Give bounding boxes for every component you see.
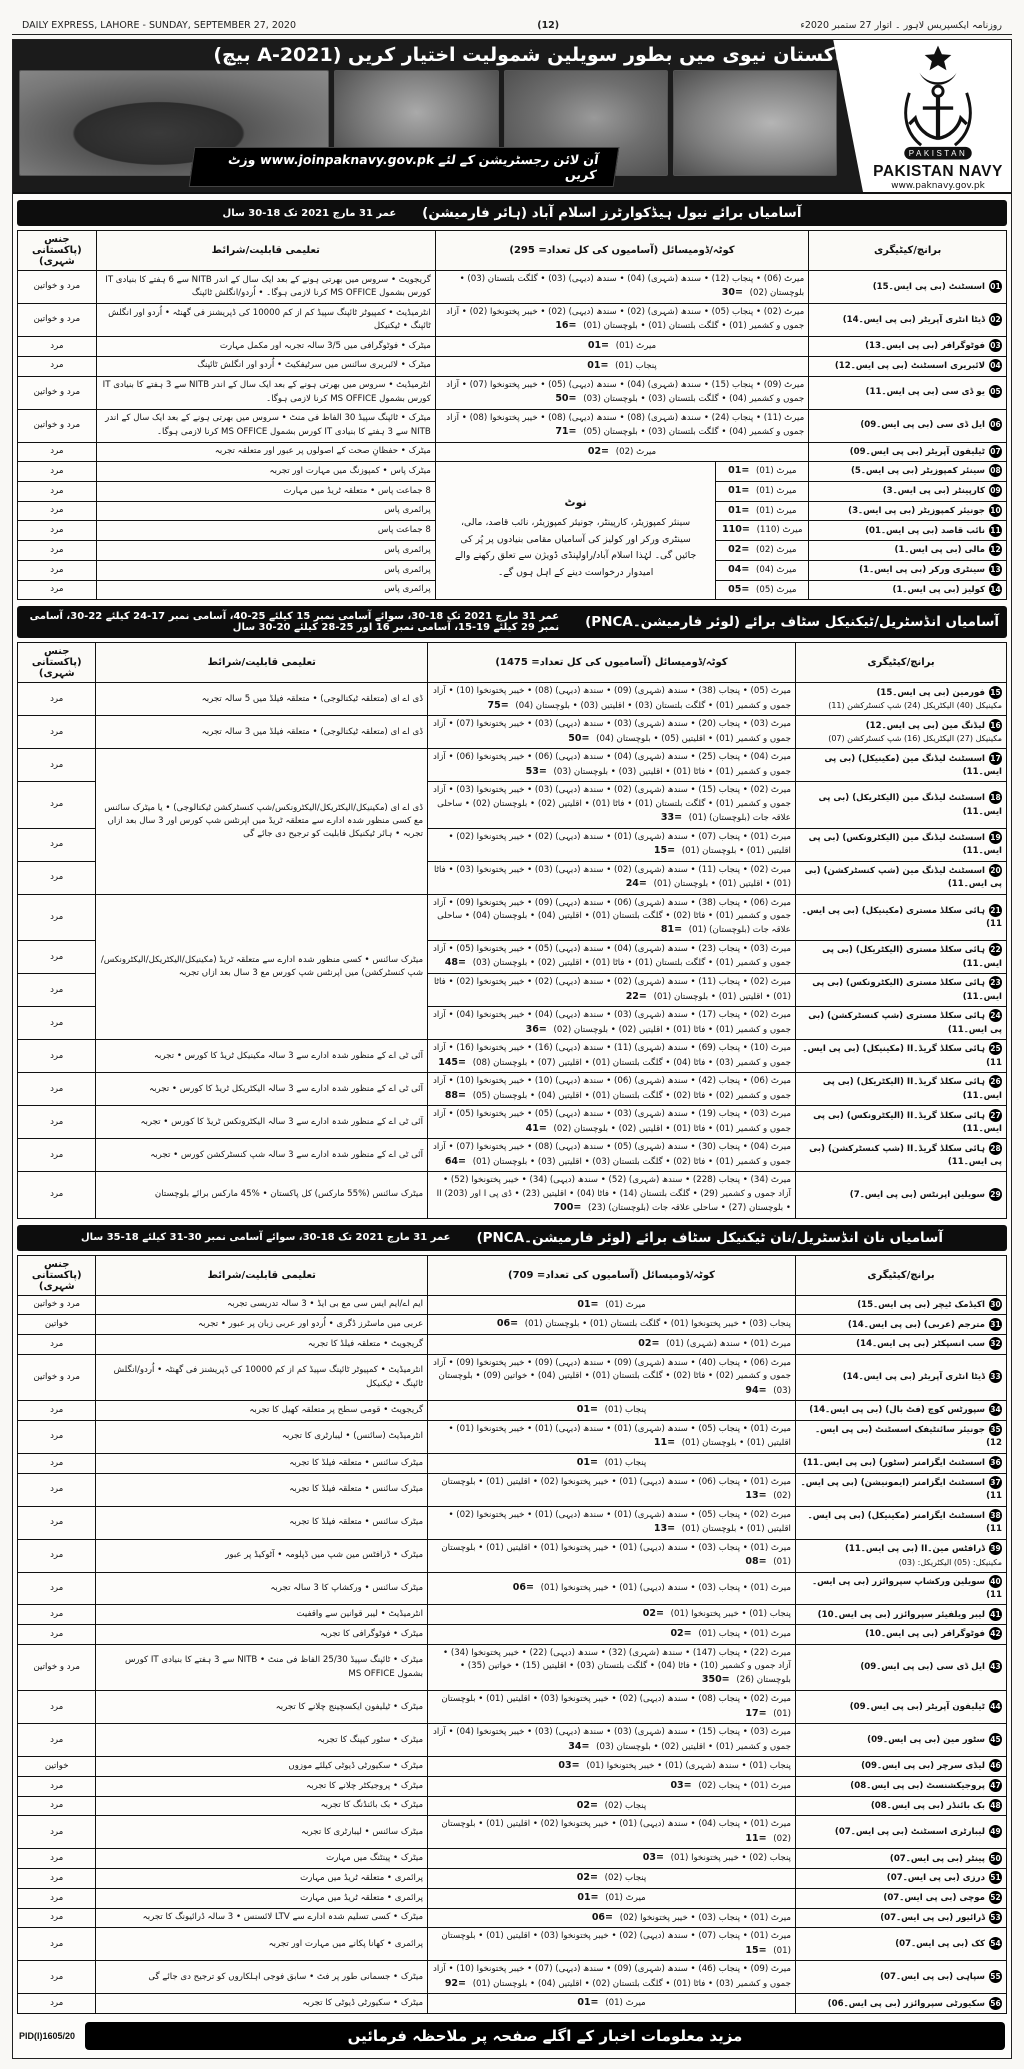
quota-total: 33= [661,812,682,823]
qualification-cell: میٹرک پاس • کمپوزنگ میں مہارت اور تجربہ [96,462,435,482]
quota-total: 04= [728,564,749,575]
qualification-cell: پرائمری پاس [96,560,435,580]
quota-breakdown: میرٹ (09) • پنجاب (46) • سندھ (شہری) (09… [433,1964,791,1988]
quota-total: 01= [587,360,608,371]
branch-name: کارپینٹر (بی پی ایس۔3) [883,486,985,496]
quota-total: 17= [745,1708,766,1719]
quota-cell: میرٹ (01) • پنجاب (07) • سندھ (دیہی) (02… [428,1928,796,1961]
quota-total: 02= [643,1608,664,1619]
quota-cell: میرٹ (22) • پنجاب (147) • سندھ (شہری) (3… [428,1644,796,1690]
quota-breakdown: میرٹ (01) • پنجاب (04) • سندھ (دیہی) (01… [441,1819,791,1843]
serial-number-badge: 52 [989,1891,1002,1904]
column-header-gender: جنس (پاکستانی شہری) [18,231,97,271]
quota-breakdown: میرٹ (110) [754,525,803,535]
serial-number-badge: 43 [989,1660,1002,1673]
gender-cell: مرد [18,462,97,482]
branch-name: ایل ڈی سی (بی پی ایس۔09) [860,420,985,430]
quota-breakdown: میرٹ (03) • پنجاب (20) • سندھ (شہری) (03… [433,719,791,743]
serial-number-badge: 19 [989,831,1002,844]
serial-number-badge: 38 [989,1509,1002,1522]
serial-number-badge: 07 [989,445,1002,458]
column-header-qualification: تعلیمی قابلیت/شرائط [96,1255,428,1295]
branch-name: اسسٹنٹ لیڈنگ مین (الیکٹریکل) (بی پی ایس۔… [818,793,1002,816]
branch-cell: 56سکیورٹی سپروائزر (بی پی ایس۔06) [795,1994,1006,2014]
branch-name: سویلین اپرنٹس (بی پی ایس۔7) [850,1190,985,1200]
qualification-cell: گریجویٹ • متعلقہ فیلڈ کا تجربہ [96,1335,428,1355]
branch-name: لیڈنگ مین (بی پی ایس۔12) [866,721,985,731]
gender-cell: مرد [18,1994,96,2014]
gender-cell: مرد [18,1073,96,1106]
table-row: 42فوٹوگرافر (بی پی ایس۔10)میرٹ (01) • پن… [18,1625,1007,1645]
branch-cell: 43ایل ڈی سی (بی پی ایس۔09) [795,1644,1006,1690]
quota-cell: میرٹ (01) • پنجاب (03) • خیبر پختونخوا (… [428,1908,796,1928]
branch-cell: 32سب انسپکٹر (بی پی ایس۔14) [795,1335,1006,1355]
qualification-cell: میٹرک • ڈرافٹس مین شپ میں ڈپلومہ • آٹوکی… [96,1539,428,1572]
serial-number-badge: 01 [989,280,1002,293]
branch-cell: 47پروجیکشنسٹ (بی پی ایس۔08) [795,1776,1006,1796]
gender-cell: مرد [18,1453,96,1473]
branch-subline: مکینیکل: (05) الیکٹریکل: (03) [800,1557,1002,1569]
gender-cell: مرد [18,521,97,541]
serial-number-badge: 23 [989,976,1002,989]
serial-number-badge: 05 [989,385,1002,398]
table-row: 49لیبارٹری اسسٹنٹ (بی پی ایس۔07)میرٹ (01… [18,1816,1007,1849]
branch-cell: 35جونیئر سائنٹیفک اسسٹنٹ (بی پی ایس۔12) [795,1420,1006,1453]
gender-cell: مرد [18,861,96,894]
serial-number-badge: 09 [989,484,1002,497]
branch-name: ڈیٹا انٹری آپریٹر (بی پی ایس۔14) [843,315,985,325]
quota-breakdown: میرٹ (01) • پنجاب (05) • سندھ (شہری) (01… [449,1424,791,1448]
table-row: 31مترجم (عربی) (بی پی ایس۔14)پنجاب (03) … [18,1315,1007,1335]
section-bar: آسامیاں انڈسٹریل/ٹیکنیکل سٹاف برائے (لوئ… [17,606,1007,638]
gender-cell: مرد [18,1572,96,1605]
branch-name: اسسٹنٹ لیڈنگ مین (مکینیکل) (بی پی ایس۔11… [824,754,1002,777]
quota-breakdown: میرٹ (01) [613,341,656,351]
quota-breakdown: میرٹ (01) [603,1300,646,1310]
qualification-cell: ڈی اے ای (متعلقہ ٹیکنالوجی) • متعلقہ فیل… [96,716,428,749]
table-row: 40سویلین ورکشاپ سپروائزر (بی پی ایس۔11)م… [18,1572,1007,1605]
gender-cell: مرد و خواتین [18,1295,96,1315]
gender-cell: مرد [18,1928,96,1961]
qualification-cell: آئی ٹی اے کے منظور شدہ ادارے سے 3 سالہ ا… [96,1106,428,1139]
quota-breakdown: میرٹ (02) • پنجاب (05) • سندھ (شہری) (01… [449,1510,791,1534]
qualification-cell: میٹرک • ٹائپنگ سپیڈ 25/30 الفاظ فی منٹ •… [96,1644,428,1690]
branch-name: مالی (بی پی ایس۔1) [895,545,986,555]
branch-cell: 34سپورٹس کوچ (فٹ بال) (بی پی ایس۔14) [795,1401,1006,1421]
serial-number-badge: 33 [989,1370,1002,1383]
table-row: 04لائبریری اسسٹنٹ (بی پی ایس۔12)پنجاب (0… [18,356,1007,376]
gender-cell: مرد [18,941,96,974]
column-header-quota: کوٹہ/ڈومیسائل (آسامیوں کی کل تعداد= 295) [435,231,808,271]
branch-name: سکیورٹی سپروائزر (بی پی ایس۔06) [828,1999,985,2009]
branch-name: جونیئر سائنٹیفک اسسٹنٹ (بی پی ایس۔12) [815,1425,1002,1448]
quota-cell: میرٹ (01) • پنجاب (03) • سندھ (دیہی) (01… [428,1572,796,1605]
registration-text-pre: آن لائن رجسٹریشن کے لئے [438,152,600,167]
gender-cell: مرد [18,1961,96,1994]
quota-breakdown: میرٹ (02) • پنجاب (11) • سندھ (شہری) (02… [434,865,791,889]
table-row: 43ایل ڈی سی (بی پی ایس۔09)میرٹ (22) • پن… [18,1644,1007,1690]
crest-ribbon-text: PAKISTAN [909,149,968,158]
serial-number-badge: 16 [989,719,1002,732]
branch-name: درزی (بی پی ایس۔07) [887,1873,985,1883]
note-cell: نوٹسینئر کمپوزیٹر، کارپینٹر، جونیئر کمپو… [435,462,716,600]
quota-breakdown: پنجاب (01) • سندھ (شہری) (01) • خیبر پخت… [584,1761,791,1771]
quota-total: 30= [722,287,743,298]
serial-number-badge: 02 [989,313,1002,326]
qualification-cell: میٹرک • بک بائنڈنگ کا تجربہ [96,1796,428,1816]
quota-breakdown: میرٹ (01) [753,466,796,476]
branch-name: ہائی سکلڈ گریڈ۔II (الیکٹرونکس) (بی پی ای… [813,1111,1002,1134]
table-row: 02ڈیٹا انٹری آپریٹر (بی پی ایس۔14)میرٹ (… [18,304,1007,337]
gender-cell: مرد [18,442,97,462]
quota-total: 88= [445,1090,466,1101]
column-header-quota: کوٹہ/ڈومیسائل (آسامیوں کی کل تعداد= 1475… [428,643,796,683]
quota-total: 01= [577,1299,598,1310]
gender-cell: خواتین [18,1757,96,1777]
quota-total: 06= [592,1912,613,1923]
branch-cell: 22ہائی سکلڈ مستری (الیکٹریکل) (بی پی ایس… [795,941,1006,974]
table-row: 33ڈیٹا انٹری آپریٹر (بی پی ایس۔14)میرٹ (… [18,1354,1007,1400]
quota-total: 08= [745,1556,766,1567]
quota-cell: میرٹ (04) • پنجاب (25) • سندھ (شہری) (04… [428,749,796,782]
qualification-cell: ڈی اے ای (مکینیکل/الیکٹریکل/الیکٹرونکس/ش… [96,749,428,894]
branch-cell: 02ڈیٹا انٹری آپریٹر (بی پی ایس۔14) [809,304,1007,337]
table-row: 08سینئر کمپوزیٹر (بی پی ایس۔5)میرٹ (01) … [18,462,1007,482]
quota-breakdown: پنجاب (01) [602,1458,646,1468]
quota-total: 05= [728,584,749,595]
quota-breakdown: میرٹ (03) • پنجاب (19) • سندھ (شہری) (03… [433,1109,791,1133]
branch-cell: 40سویلین ورکشاپ سپروائزر (بی پی ایس۔11) [795,1572,1006,1605]
branch-cell: 13سینٹری ورکر (بی پی ایس۔1) [809,560,1007,580]
table-row: 25ہائی سکلڈ گریڈ۔II (مکینیکل) (بی پی ایس… [18,1040,1007,1073]
gender-cell: مرد [18,541,97,561]
table-row: 51درزی (بی پی ایس۔07)پنجاب (02) 02=پرائم… [18,1869,1007,1889]
quota-breakdown: پنجاب (02) • خیبر پختونخوا (01) [668,1853,791,1863]
qualification-cell: 8 جماعت پاس • متعلقہ ٹریڈ میں مہارت [96,482,435,502]
quota-cell: میرٹ (10) • پنجاب (69) • سندھ (شہری) (11… [428,1040,796,1073]
gender-cell: مرد [18,894,96,940]
banner-black-area: پاکستان نیوی میں بطور سویلین شمولیت اختی… [13,40,863,192]
serial-number-badge: 56 [989,1997,1002,2010]
gender-cell: مرد [18,683,96,716]
section-age-limit: عمر 31 مارچ 2021 تک 18-30 سال [223,208,397,219]
branch-name: اسسٹنٹ ایگزامنر (مکینیکل) (بی پی ایس۔11) [808,1511,1002,1534]
quota-cell: میرٹ (04) • پنجاب (30) • سندھ (شہری) (05… [428,1139,796,1172]
branch-name: کولیز (بی پی ایس۔1) [893,585,986,595]
gender-cell: مرد [18,782,96,828]
quota-breakdown: پنجاب (01) [612,361,656,371]
ad-footer: PID(I)1605/20 مزید معلومات اخبار کے اگلے… [19,2022,1005,2050]
table-row: 21ہائی سکلڈ مستری (مکینیکل) (بی پی ایس۔1… [18,894,1007,940]
quota-total: 81= [661,924,682,935]
section-bar: آسامیاں برائے نیول ہیڈکوارٹرز اسلام آباد… [17,200,1007,226]
branch-cell: 21ہائی سکلڈ مستری (مکینیکل) (بی پی ایس۔1… [795,894,1006,940]
branch-name: سینئر کمپوزیٹر (بی پی ایس۔5) [851,466,985,476]
quota-cell: میرٹ (01) 01= [435,337,808,357]
quota-breakdown: میرٹ (22) • پنجاب (147) • سندھ (شہری) (3… [443,1648,791,1686]
branch-cell: 28ہائی سکلڈ گریڈ۔II (شپ کنسٹرکشن) (بی پی… [795,1139,1006,1172]
serial-number-badge: 26 [989,1075,1002,1088]
quota-cell: پنجاب (02) 02= [428,1796,796,1816]
branch-name: ہائی سکلڈ گریڈ۔II (مکینیکل) (بی پی ایس۔1… [802,1044,1002,1067]
qualification-cell: انٹرمیڈیٹ (سائنس) • لیبارٹری کا تجربہ [96,1420,428,1453]
branch-cell: 38اسسٹنٹ ایگزامنر (مکینیکل) (بی پی ایس۔1… [795,1506,1006,1539]
gender-cell: مرد [18,1724,96,1757]
quota-cell: میرٹ (01) • پنجاب (01) 02= [428,1625,796,1645]
quota-cell: پنجاب (01) • سندھ (شہری) (01) • خیبر پخت… [428,1757,796,1777]
branch-name: لیبر ویلفیئر سپروائزر (بی پی ایس۔10) [818,1610,985,1620]
branch-name: ڈیٹا انٹری آپریٹر (بی پی ایس۔14) [843,1372,985,1382]
serial-number-badge: 11 [989,524,1002,537]
serial-number-badge: 13 [989,563,1002,576]
quota-cell: میرٹ (09) • پنجاب (46) • سندھ (شہری) (09… [428,1961,796,1994]
gender-cell: مرد [18,1335,96,1355]
quota-cell: میرٹ (01) • پنجاب (07) • سندھ (شہری) (01… [428,828,796,861]
qualification-cell: میٹرک سائنس • لیبارٹری کا تجربہ [96,1816,428,1849]
quota-total: 48= [445,957,466,968]
quota-breakdown: میرٹ (10) • پنجاب (69) • سندھ (شہری) (11… [433,1043,791,1067]
quota-total: 50= [568,733,589,744]
gender-cell: مرد [18,1605,96,1625]
quota-total: 15= [654,845,675,856]
gender-cell: مرد و خواتین [18,1354,96,1400]
serial-number-badge: 17 [989,752,1002,765]
qualification-cell: آئی ٹی اے کے منظور شدہ ادارے سے 3 سالہ م… [96,1040,428,1073]
job-sections: آسامیاں برائے نیول ہیڈکوارٹرز اسلام آباد… [13,200,1011,2014]
branch-cell: 27ہائی سکلڈ گریڈ۔II (الیکٹرونکس) (بی پی … [795,1106,1006,1139]
quota-cell: میرٹ (34) • پنجاب (228) • سندھ (شہری) (5… [428,1172,796,1218]
quota-breakdown: میرٹ (01) • پنجاب (03) • سندھ (دیہی) (01… [538,1583,791,1593]
branch-cell: 24ہائی سکلڈ مستری (شپ کنسٹرکشن) (بی پی ا… [795,1007,1006,1040]
jobs-table: برانچ/کیٹیگریکوٹہ/ڈومیسائل (آسامیوں کی ک… [17,230,1007,600]
branch-name: لائبریری اسسٹنٹ (بی پی ایس۔12) [835,361,985,371]
serial-number-badge: 20 [989,864,1002,877]
pakistan-navy-crest-icon: PAKISTAN [886,44,990,162]
qualification-cell: میٹرک • جسمانی طور پر فٹ • سابق فوجی اہل… [96,1961,428,1994]
branch-cell: 52موچی (بی پی ایس۔07) [795,1888,1006,1908]
branch-cell: 54کک (بی پی ایس۔07) [795,1928,1006,1961]
section-bar: آسامیاں نان انڈسٹریل/نان ٹیکنیکل سٹاف بر… [17,1225,1007,1251]
note-title: نوٹ [440,494,712,511]
gender-cell: مرد [18,580,97,600]
section-age-limit: عمر 31 مارچ 2021 تک 18-30، سوائے آسامی ن… [81,1232,450,1243]
gender-cell: مرد و خواتین [18,304,97,337]
note-body: سینئر کمپوزیٹر، کارپینٹر، جونیئر کمپوزیٹ… [440,515,712,582]
table-row: 01اسسٹنٹ (بی پی ایس۔15)میرٹ (06) • پنجاب… [18,271,1007,304]
branch-name: اسسٹنٹ ایگزامنر (سٹور) (بی پی ایس۔11) [803,1458,985,1468]
gender-cell: مرد [18,1796,96,1816]
table-row: 32سب انسپکٹر (بی پی ایس۔14)میرٹ (01) • س… [18,1335,1007,1355]
quota-cell: میرٹ (06) • پنجاب (38) • سندھ (شہری) (06… [428,894,796,940]
quota-breakdown: میرٹ (01) [603,1998,646,2008]
jobs-table-header-row: برانچ/کیٹیگریکوٹہ/ڈومیسائل (آسامیوں کی ک… [18,643,1007,683]
branch-name: ٹیلیفون آپریٹر (بی پی ایس۔09) [850,447,985,457]
quota-breakdown: پنجاب (02) [602,1801,646,1811]
quota-total: 64= [445,1156,466,1167]
qualification-cell: میٹرک • ٹیلیفون ایکسچینج چلانے کا تجربہ [96,1691,428,1724]
quota-total: 01= [577,1404,598,1415]
quota-breakdown: میرٹ (06) • پنجاب (40) • سندھ (شہری) (09… [433,1358,791,1396]
photo-workshop-3 [673,70,837,176]
quota-total: 02= [577,1872,598,1883]
quota-total: 700= [553,1202,581,1213]
quota-total: 71= [555,426,576,437]
quota-breakdown: میرٹ (06) • پنجاب (12) • سندھ (شہری) (04… [460,274,805,298]
gender-cell: مرد [18,1506,96,1539]
quota-total: 41= [526,1123,547,1134]
branch-name: ہائی سکلڈ مستری (شپ کنسٹرکشن) (بی پی ایس… [808,1011,1002,1034]
branch-name: ہائی سکلڈ گریڈ۔II (شپ کنسٹرکشن) (بی پی ا… [809,1144,1002,1167]
branch-name: لیڈی سرچر (بی پی ایس۔09) [861,1761,985,1771]
gender-cell: مرد [18,828,96,861]
masthead-urdu-date: روزنامہ ایکسپریس لاہور ۔ اتوار 27 ستمبر … [800,20,1002,31]
quota-breakdown: میرٹ (11) • پنجاب (24) • سندھ (شہری) (08… [446,413,804,437]
table-row: 34سپورٹس کوچ (فٹ بال) (بی پی ایس۔14)پنجا… [18,1401,1007,1421]
quota-breakdown: میرٹ (05) [753,585,796,595]
table-row: 37اسسٹنٹ ایگزامنر (ایمونیشن) (بی پی ایس۔… [18,1473,1007,1506]
branch-cell: 12مالی (بی پی ایس۔1) [809,541,1007,561]
branch-name: نائب قاصد (بی پی ایس۔01) [865,526,985,536]
section-title: آسامیاں انڈسٹریل/ٹیکنیکل سٹاف برائے (لوئ… [585,614,999,630]
gender-cell: مرد [18,1007,96,1040]
serial-number-badge: 47 [989,1779,1002,1792]
column-header-quota: کوٹہ/ڈومیسائل (آسامیوں کی تعداد= 709) [428,1255,796,1295]
jobs-table-header-row: برانچ/کیٹیگریکوٹہ/ڈومیسائل (آسامیوں کی ت… [18,1255,1007,1295]
branch-name: سویلین ورکشاپ سپروائزر (بی پی ایس۔11) [812,1577,1002,1600]
quota-total: 15= [745,1945,766,1956]
serial-number-badge: 28 [989,1142,1002,1155]
table-row: 47پروجیکشنسٹ (بی پی ایس۔08)میرٹ (01) • پ… [18,1776,1007,1796]
ad-banner: پاکستان نیوی میں بطور سویلین شمولیت اختی… [13,40,1011,194]
table-row: 38اسسٹنٹ ایگزامنر (مکینیکل) (بی پی ایس۔1… [18,1506,1007,1539]
branch-cell: 48بک بائنڈر (بی پی ایس۔08) [795,1796,1006,1816]
branch-name: پروجیکشنسٹ (بی پی ایس۔08) [850,1781,985,1791]
branch-name: ہائی سکلڈ مستری (الیکٹریکل) (بی پی ایس۔1… [822,945,1002,968]
quota-total: 01= [728,465,749,476]
table-row: 15فورمین (بی پی ایس۔15)مکینیکل (40) الیک… [18,683,1007,716]
serial-number-badge: 12 [989,543,1002,556]
gender-cell: خواتین [18,1315,96,1335]
gender-cell: مرد [18,1420,96,1453]
gender-cell: مرد [18,560,97,580]
quota-breakdown: میرٹ (01) • پنجاب (03) • خیبر پختونخوا (… [617,1913,791,1923]
serial-number-badge: 55 [989,1970,1002,1983]
quota-cell: میرٹ (02) 02= [435,442,808,462]
branch-subline: مکینیکل (27) الیکٹریکل (16) شپ کنسٹرکشن … [800,733,1002,745]
quota-total: 75= [487,700,508,711]
quota-total: 36= [526,1024,547,1035]
serial-number-badge: 04 [989,359,1002,372]
quota-cell: میرٹ (01) • پنجاب (04) • سندھ (دیہی) (01… [428,1816,796,1849]
serial-number-badge: 34 [989,1403,1002,1416]
quota-breakdown: میرٹ (01) • پنجاب (02) [696,1781,791,1791]
quota-breakdown: پنجاب (02) [602,1873,646,1883]
quota-total: 03= [558,1760,579,1771]
quota-total: 01= [577,1457,598,1468]
qualification-cell: آئی ٹی اے کے منظور شدہ ادارے سے 3 سالہ ا… [96,1073,428,1106]
branch-cell: 41لیبر ویلفیئر سپروائزر (بی پی ایس۔10) [795,1605,1006,1625]
branch-cell: 51درزی (بی پی ایس۔07) [795,1869,1006,1889]
branch-name: اکیڈمک ٹیچر (بی پی ایس۔15) [857,1300,985,1310]
quota-cell: میرٹ (01) • پنجاب (02) 03= [428,1776,796,1796]
table-row: 44ٹیلیفون آپریٹر (بی پی ایس۔09)میرٹ (02)… [18,1691,1007,1724]
gender-cell: مرد [18,1473,96,1506]
quota-breakdown: میرٹ (06) • پنجاب (38) • سندھ (شہری) (06… [433,898,791,936]
table-row: 48بک بائنڈر (بی پی ایس۔08)پنجاب (02) 02=… [18,1796,1007,1816]
branch-cell: 19اسسٹنٹ لیڈنگ مین (الیکٹرونکس) (بی پی ا… [795,828,1006,861]
quota-cell: میرٹ (01) 01= [428,1888,796,1908]
online-registration-strip: آن لائن رجسٹریشن کے لئے www.joinpaknavy.… [189,147,620,187]
quota-total: 16= [555,320,576,331]
qualification-cell: میٹرک • سکیورٹی ڈیوٹی کیلئے موزوں [96,1757,428,1777]
quota-breakdown: میرٹ (02) • پنجاب (11) • سندھ (شہری) (02… [434,977,791,1001]
table-row: 28ہائی سکلڈ گریڈ۔II (شپ کنسٹرکشن) (بی پی… [18,1139,1007,1172]
branch-name: سپاہی (بی پی ایس۔07) [880,1972,985,1982]
branch-name: اسسٹنٹ ایگزامنر (ایمونیشن) (بی پی ایس۔11… [801,1478,1002,1501]
quota-total: 02= [728,544,749,555]
qualification-cell: میٹرک • حفظانِ صحت کے اصولوں پر عبور اور… [96,442,435,462]
branch-name: ایل ڈی سی (بی پی ایس۔09) [860,1662,985,1672]
serial-number-badge: 50 [989,1852,1002,1865]
ad-title: پاکستان نیوی میں بطور سویلین شمولیت اختی… [13,40,863,68]
gender-cell: مرد [18,337,97,357]
branch-cell: 46لیڈی سرچر (بی پی ایس۔09) [795,1757,1006,1777]
branch-cell: 11نائب قاصد (بی پی ایس۔01) [809,521,1007,541]
branch-name: سینٹری ورکر (بی پی ایس۔1) [859,565,985,575]
table-row: 36اسسٹنٹ ایگزامنر (سٹور) (بی پی ایس۔11)پ… [18,1453,1007,1473]
column-header-gender: جنس (پاکستانی شہری) [18,643,96,683]
registration-url: www.joinpaknavy.gov.pk [259,152,435,167]
navy-crest-panel: PAKISTAN PAKISTAN NAVY www.paknavy.gov.p… [865,40,1011,192]
quota-total: 24= [626,878,647,889]
quota-total: 01= [728,485,749,496]
table-row: 35جونیئر سائنٹیفک اسسٹنٹ (بی پی ایس۔12)م… [18,1420,1007,1453]
serial-number-badge: 25 [989,1042,1002,1055]
gender-cell: مرد [18,1401,96,1421]
quota-total: 01= [588,340,609,351]
branch-cell: 25ہائی سکلڈ گریڈ۔II (مکینیکل) (بی پی ایس… [795,1040,1006,1073]
gender-cell: مرد و خواتین [18,271,97,304]
qualification-cell: میٹرک سائنس • متعلقہ فیلڈ کا تجربہ [96,1473,428,1506]
quota-cell: میرٹ (06) • پنجاب (12) • سندھ (شہری) (04… [435,271,808,304]
quota-cell: میرٹ (01) 01= [428,1295,796,1315]
quota-cell: میرٹ (05) 05= [716,580,809,600]
branch-cell: 01اسسٹنٹ (بی پی ایس۔15) [809,271,1007,304]
quota-cell: میرٹ (02) • پنجاب (17) • سندھ (شہری) (03… [428,1007,796,1040]
branch-name: ٹیلیفون آپریٹر (بی پی ایس۔09) [850,1702,985,1712]
quota-total: 01= [577,1892,598,1903]
quota-breakdown: میرٹ (02) • پنجاب (05) • سندھ (شہری) (02… [446,307,804,331]
qualification-cell: پرائمری پاس [96,501,435,521]
navy-recruitment-ad: پاکستان نیوی میں بطور سویلین شمولیت اختی… [12,39,1012,2059]
branch-cell: 55سپاہی (بی پی ایس۔07) [795,1961,1006,1994]
quota-total: 13= [745,1490,766,1501]
quota-cell: میرٹ (02) • پنجاب (11) • سندھ (شہری) (02… [428,861,796,894]
quota-breakdown: میرٹ (06) • پنجاب (42) • سندھ (شہری) (06… [433,1076,791,1100]
quota-cell: پنجاب (01) 01= [435,356,808,376]
quota-cell: میرٹ (02) • پنجاب (11) • سندھ (شہری) (02… [428,974,796,1007]
quota-cell: میرٹ (03) • پنجاب (20) • سندھ (شہری) (03… [428,716,796,749]
quota-total: 01= [728,505,749,516]
serial-number-badge: 40 [989,1575,1002,1588]
gender-cell: مرد [18,749,96,782]
quota-total: 11= [654,1437,675,1448]
quota-cell: میرٹ (03) • پنجاب (19) • سندھ (شہری) (03… [428,1106,796,1139]
serial-number-badge: 31 [989,1318,1002,1331]
table-row: 29سویلین اپرنٹس (بی پی ایس۔7)میرٹ (34) •… [18,1172,1007,1218]
quota-total: 94= [745,1385,766,1396]
branch-cell: 03فوٹوگرافر (بی پی ایس۔13) [809,337,1007,357]
